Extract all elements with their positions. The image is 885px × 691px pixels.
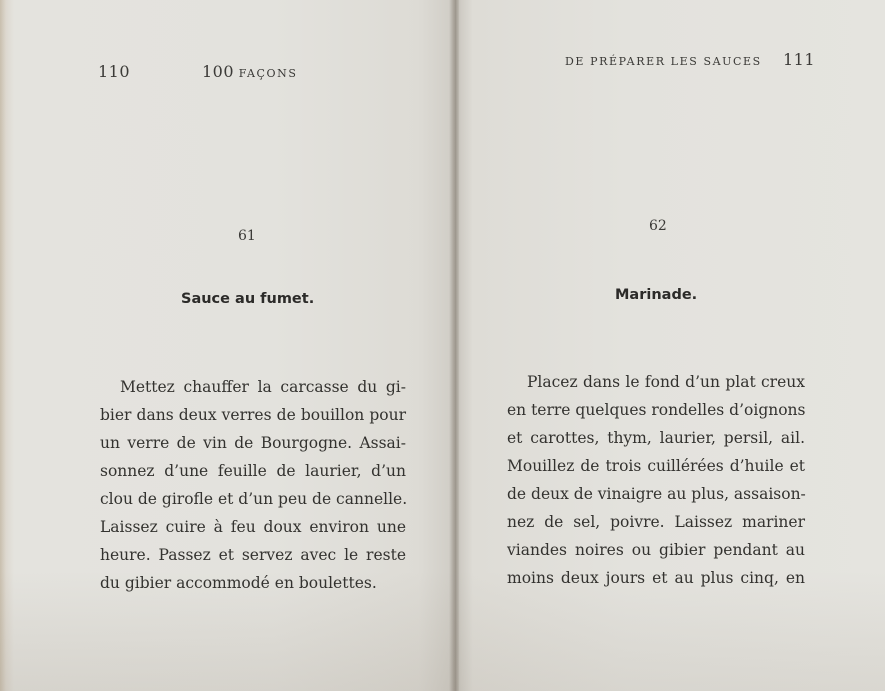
- text-line: et carottes, thym, laurier, persil, ail.: [507, 424, 805, 452]
- recipe-number: 62: [649, 218, 667, 234]
- text-line: Placez dans le fond d’un plat creux: [507, 368, 805, 396]
- right-page: DE PRÉPARER LES SAUCES 111 62 Marinade. …: [455, 0, 885, 691]
- book-spread: 110 100 FAÇONS 61 Sauce au fumet. Mettez…: [0, 0, 885, 691]
- recipe-title: Marinade.: [615, 287, 697, 303]
- left-page: 110 100 FAÇONS 61 Sauce au fumet. Mettez…: [0, 0, 455, 691]
- book-gutter: [449, 0, 459, 691]
- text-line: du gibier accommodé en boulettes.: [100, 569, 406, 597]
- text-line: Laissez cuire à feu doux environ une: [100, 513, 406, 541]
- recipe-title: Sauce au fumet.: [181, 291, 314, 307]
- text-line: viandes noires ou gibier pendant au: [507, 536, 805, 564]
- right-page-number: 111: [783, 50, 815, 69]
- text-line: sonnez d’une feuille de laurier, d’un: [100, 457, 406, 485]
- running-head-number: 100: [202, 62, 234, 81]
- text-line: Mettez chauffer la carcasse du gi-: [100, 373, 406, 401]
- right-running-head: DE PRÉPARER LES SAUCES: [565, 55, 762, 68]
- text-line: heure. Passez et servez avec le reste: [100, 541, 406, 569]
- recipe-number: 61: [238, 228, 256, 244]
- text-line: de deux de vinaigre au plus, assaison-: [507, 480, 805, 508]
- recipe-body: Mettez chauffer la carcasse du gi- bier …: [100, 373, 406, 597]
- left-page-number: 110: [98, 62, 130, 81]
- text-line: nez de sel, poivre. Laissez mariner: [507, 508, 805, 536]
- text-line: moins deux jours et au plus cinq, en: [507, 564, 805, 592]
- left-running-head: 100 FAÇONS: [202, 62, 298, 81]
- text-line: clou de girofle et d’un peu de cannelle.: [100, 485, 406, 513]
- text-line: un verre de vin de Bourgogne. Assai-: [100, 429, 406, 457]
- running-head-text: FAÇONS: [239, 67, 298, 80]
- text-line: Mouillez de trois cuillérées d’huile et: [507, 452, 805, 480]
- recipe-body: Placez dans le fond d’un plat creux en t…: [507, 368, 805, 592]
- text-line: bier dans deux verres de bouillon pour: [100, 401, 406, 429]
- text-line: en terre quelques rondelles d’oignons: [507, 396, 805, 424]
